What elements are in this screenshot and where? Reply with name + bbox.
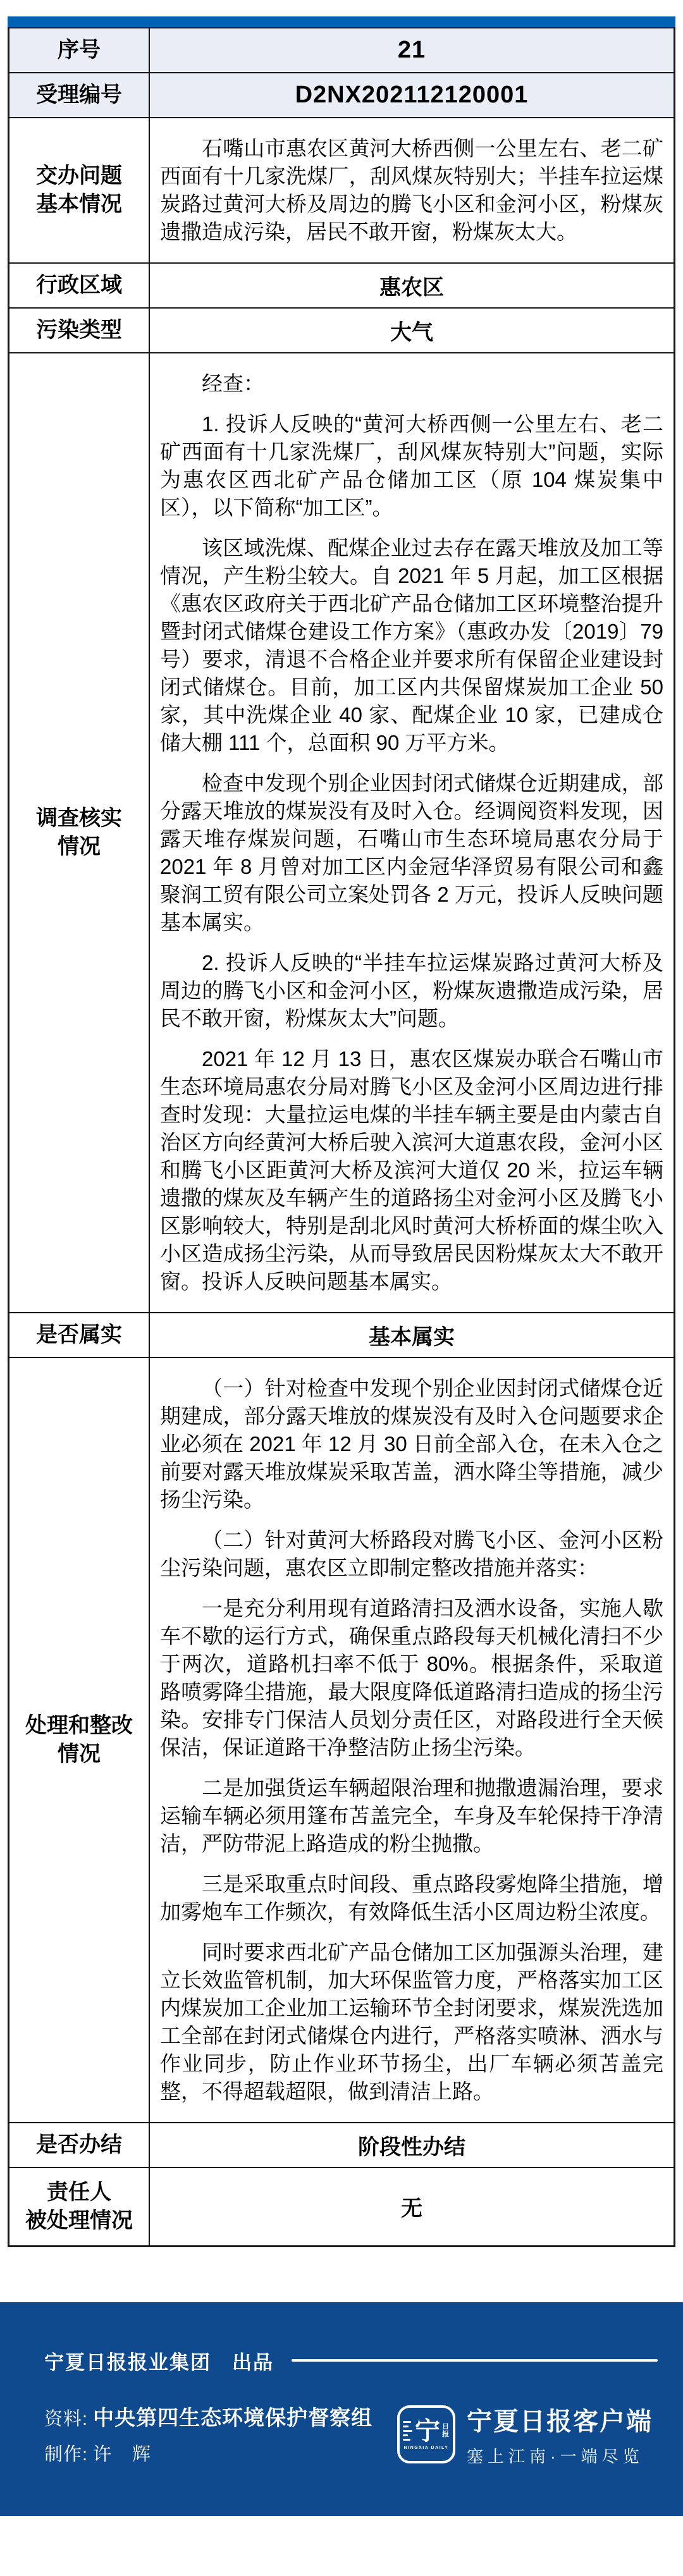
row-case-number-value: D2NX202112120001 (150, 73, 674, 117)
row-problem-content: 石嘴山市惠农区黄河大桥西侧一公里左右、老二矿西面有十几家洗煤厂，刮风煤灰特别大；… (150, 118, 674, 262)
row-accountability: 责任人 被处理情况 无 (9, 2168, 674, 2245)
decorative-rule (292, 2359, 658, 2362)
row-region-value: 惠农区 (150, 264, 674, 307)
row-concluded-value: 阶段性办结 (150, 2123, 674, 2167)
problem-paragraph: 石嘴山市惠农区黄河大桥西侧一公里左右、老二矿西面有十几家洗煤厂，刮风煤灰特别大；… (160, 135, 663, 246)
produce-row: 宁夏日报报业集团 出品 (44, 2346, 658, 2375)
row-concluded-label: 是否办结 (9, 2123, 150, 2167)
row-region: 行政区域 惠农区 (9, 264, 674, 309)
row-pollution-type-value: 大气 (150, 309, 674, 352)
row-problem-label: 交办问题 基本情况 (9, 118, 150, 262)
source-line: 资料: 中央第四生态环境保护督察组 (44, 2401, 372, 2431)
logo-glyph: 宁 (415, 2419, 440, 2444)
rectification-paragraph: 三是采取重点时间段、重点路段雾炮降尘措施，增加雾炮车工作频次，有效降低生活小区周… (160, 1870, 663, 1926)
row-serial-value: 21 (150, 28, 674, 72)
maker-line: 制作: 许 辉 (44, 2440, 372, 2466)
row-verified-label: 是否属实 (9, 1313, 150, 1357)
row-accountability-label: 责任人 被处理情况 (9, 2168, 150, 2245)
row-region-label: 行政区域 (9, 264, 150, 307)
credits: 资料: 中央第四生态环境保护督察组 制作: 许 辉 (44, 2401, 372, 2475)
row-case-number: 受理编号 D2NX202112120001 (9, 73, 674, 118)
row-concluded: 是否办结 阶段性办结 (9, 2123, 674, 2168)
row-serial-label: 序号 (9, 28, 150, 72)
row-investigation-label: 调查核实 情况 (9, 353, 150, 1312)
rectification-paragraph: 一是充分利用现有道路清扫及洒水设备，实施人歇车不歇的运行方式，确保重点路段每天机… (160, 1595, 663, 1762)
row-rectification: 处理和整改 情况 （一）针对检查中发现个别企业因封闭式储煤仓近期建成，部分露天堆… (9, 1358, 674, 2123)
rectification-paragraph: （二）针对黄河大桥路段对腾飞小区、金河小区粉尘污染问题，惠农区立即制定整改措施并… (160, 1526, 663, 1582)
row-investigation-content: 经查： 1. 投诉人反映的“黄河大桥西侧一公里左右、老二矿西面有十几家洗煤厂，刮… (150, 353, 674, 1312)
investigation-paragraph: 检查中发现个别企业因封闭式储煤仓近期建成，部分露天堆放的煤炭没有及时入仓。经调阅… (160, 770, 663, 936)
investigation-paragraph: 经查： (160, 370, 663, 398)
brand-block: 宁 日报 NINGXIA DAILY 宁夏日报客户端 塞上江南·一端尽览 (397, 2401, 653, 2467)
logo-caption: NINGXIA DAILY (404, 2446, 449, 2450)
footer: 宁夏日报报业集团 出品 资料: 中央第四生态环境保护督察组 制作: 许 辉 (0, 2302, 683, 2516)
infographic-page: 序号 21 受理编号 D2NX202112120001 交办问题 基本情况 石嘴… (0, 16, 683, 2576)
row-verified: 是否属实 基本属实 (9, 1313, 674, 1358)
row-accountability-value: 无 (150, 2168, 674, 2245)
row-verified-value: 基本属实 (150, 1313, 674, 1357)
logo-daily-text: 日报 (441, 2424, 450, 2438)
row-rectification-content: （一）针对检查中发现个别企业因封闭式储煤仓近期建成，部分露天堆放的煤炭没有及时入… (150, 1358, 674, 2122)
logo-inner: 宁 日报 (403, 2419, 450, 2444)
investigation-paragraph: 2021 年 12 月 13 日，惠农区煤炭办联合石嘴山市生态环境局惠农分局对腾… (160, 1045, 663, 1296)
rectification-paragraph: 同时要求西北矿产品仓储加工区加强源头治理，建立长效监管机制，加大环保监管力度，严… (160, 1939, 663, 2106)
investigation-paragraph: 该区域洗煤、配煤企业过去存在露天堆放及加工等情况，产生粉尘较大。自 2021 年… (160, 534, 663, 757)
row-rectification-label: 处理和整改 情况 (9, 1358, 150, 2122)
app-name: 宁夏日报客户端 (467, 2401, 653, 2438)
row-serial: 序号 21 (9, 28, 674, 73)
case-table: 序号 21 受理编号 D2NX202112120001 交办问题 基本情况 石嘴… (8, 27, 675, 2247)
investigation-paragraph: 2. 投诉人反映的“半挂车拉运煤炭路过黄河大桥及周边的腾飞小区和金河小区，粉煤灰… (160, 949, 663, 1033)
source-value: 中央第四生态环境保护督察组 (93, 2401, 372, 2431)
credits-row: 资料: 中央第四生态环境保护督察组 制作: 许 辉 宁 日报 (44, 2401, 658, 2475)
produced-by-text: 宁夏日报报业集团 出品 (44, 2346, 274, 2375)
row-investigation: 调查核实 情况 经查： 1. 投诉人反映的“黄河大桥西侧一公里左右、老二矿西面有… (9, 353, 674, 1313)
rectification-paragraph: （一）针对检查中发现个别企业因封闭式储煤仓近期建成，部分露天堆放的煤炭没有及时入… (160, 1375, 663, 1514)
row-case-number-label: 受理编号 (9, 73, 150, 117)
investigation-paragraph: 1. 投诉人反映的“黄河大桥西侧一公里左右、老二矿西面有十几家洗煤厂，刮风煤灰特… (160, 410, 663, 522)
source-label: 资料: (44, 2405, 88, 2431)
row-pollution-type-label: 污染类型 (9, 309, 150, 352)
maker-label: 制作: (44, 2440, 88, 2466)
maker-value: 许 辉 (93, 2440, 152, 2466)
rectification-paragraph: 二是加强货运车辆超限治理和抛撒遗漏治理，要求运输车辆必须用篷布苫盖完全，车身及车… (160, 1774, 663, 1858)
logo-dashes-icon (403, 2421, 412, 2441)
app-slogan: 塞上江南·一端尽览 (467, 2444, 653, 2467)
ningxia-daily-logo-icon: 宁 日报 NINGXIA DAILY (397, 2405, 455, 2463)
top-accent-bar (8, 16, 675, 27)
row-problem: 交办问题 基本情况 石嘴山市惠农区黄河大桥西侧一公里左右、老二矿西面有十几家洗煤… (9, 118, 674, 264)
row-pollution-type: 污染类型 大气 (9, 309, 674, 353)
brand-text: 宁夏日报客户端 塞上江南·一端尽览 (467, 2401, 653, 2467)
